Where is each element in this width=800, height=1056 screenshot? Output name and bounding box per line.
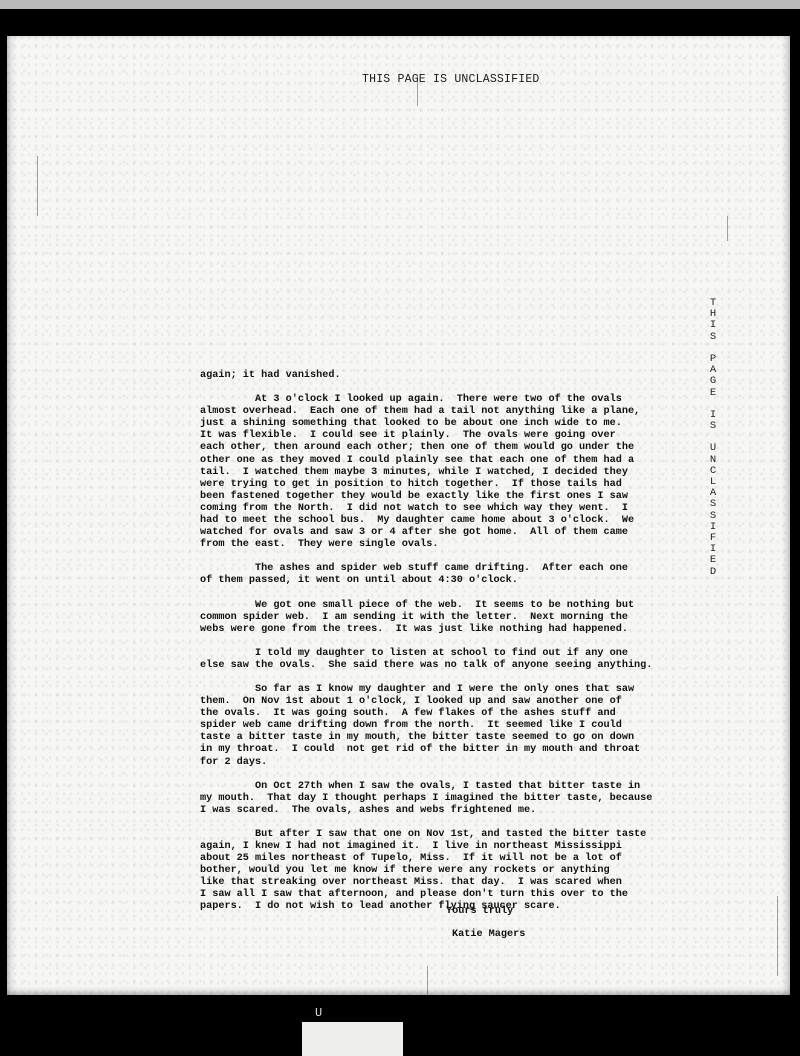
classification-header: THIS PAGE IS UNCLASSIFIED [362, 73, 540, 86]
paragraph: But after I saw that one on Nov 1st, and… [200, 829, 650, 914]
scan-footer-card [302, 1022, 403, 1056]
side-stamp-letter: G [706, 376, 720, 387]
paragraph: On Oct 27th when I saw the ovals, I tast… [200, 781, 650, 817]
footer-mark: U [315, 1006, 322, 1020]
side-stamp-letter: S [706, 421, 720, 432]
side-stamp-letter: S [706, 499, 720, 510]
side-stamp-letter: S [706, 332, 720, 343]
side-stamp-letter: D [706, 567, 720, 578]
scan-top-strip [0, 0, 800, 9]
paragraph: We got one small piece of the web. It se… [200, 600, 650, 636]
paragraph: The ashes and spider web stuff came drif… [200, 563, 650, 587]
classification-side-stamp: THISPAGEISUNCLASSIFIED [706, 298, 720, 578]
side-stamp-letter: E [706, 555, 720, 566]
paragraph: I told my daughter to listen at school t… [200, 648, 650, 672]
closing: Yours truly [446, 906, 513, 917]
side-stamp-letter: E [706, 388, 720, 399]
paragraph: At 3 o'clock I looked up again. There we… [200, 394, 650, 551]
paragraph: again; it had vanished. [200, 370, 650, 382]
signature: Katie Magers [452, 929, 525, 940]
side-stamp-letter: I [706, 320, 720, 331]
side-stamp-letter: U [706, 443, 720, 454]
letter-body: again; it had vanished. At 3 o'clock I l… [200, 370, 650, 926]
paragraph: So far as I know my daughter and I were … [200, 684, 650, 769]
